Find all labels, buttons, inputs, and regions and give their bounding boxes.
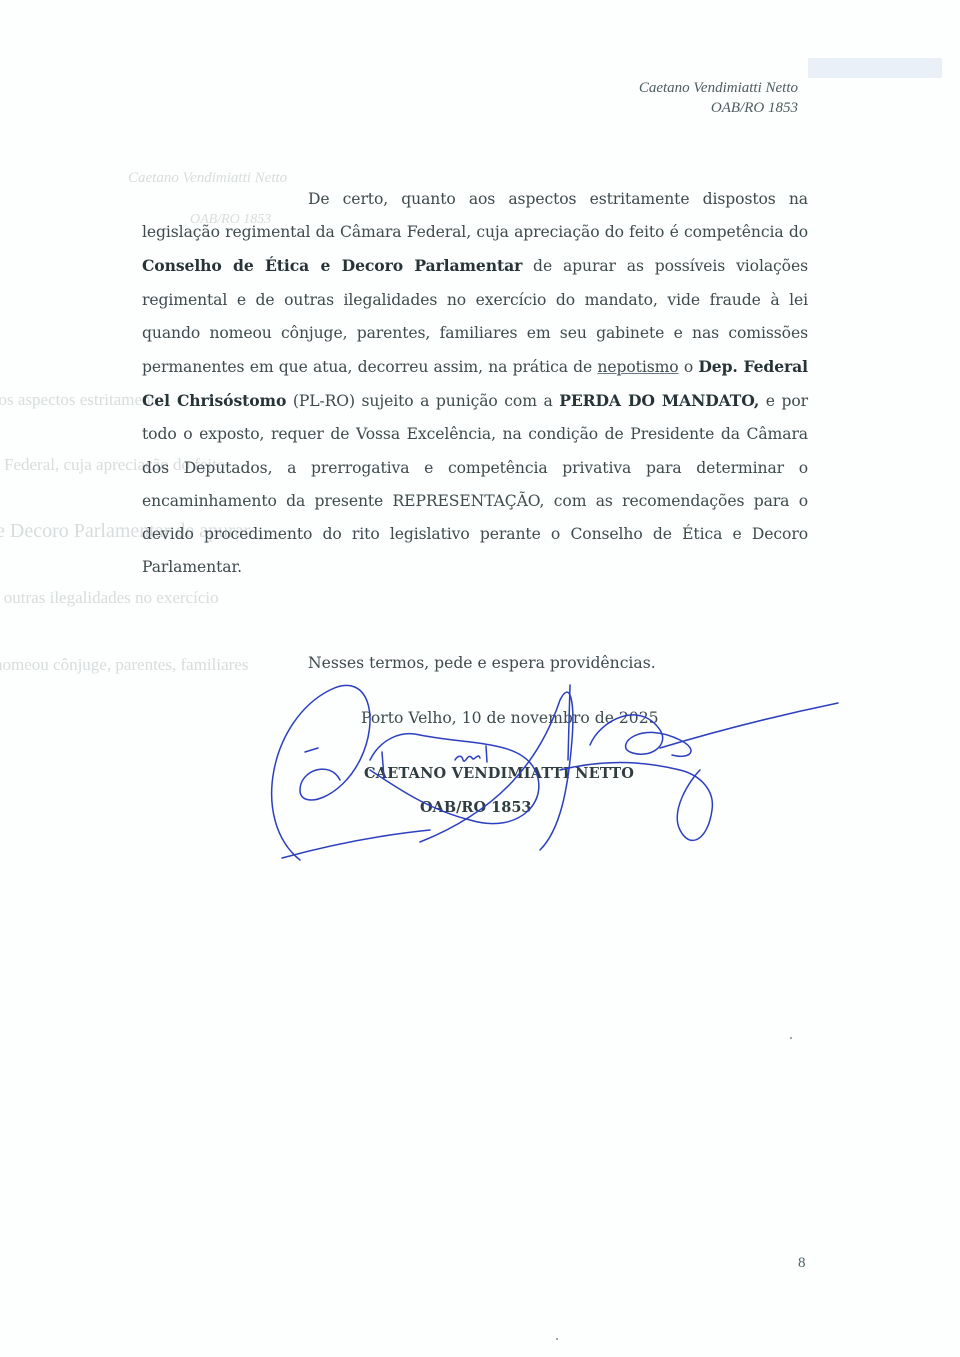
signer-name: CAETANO VENDIMIATTI NETTO [364, 765, 634, 782]
emphasized-text: PERDA DO MANDATO, [559, 391, 759, 410]
bleed-through-text: e outras ilegalidades no exercício [0, 588, 219, 608]
paragraph-text: (PL-RO) [286, 392, 355, 410]
paragraph-text: De certo, quanto aos aspectos estritamen… [142, 190, 808, 241]
paragraph-text: sujeito a punição com a [355, 392, 559, 410]
paragraph-text: o [679, 358, 699, 376]
body-paragraph: De certo, quanto aos aspectos estritamen… [142, 183, 808, 584]
letterhead-author-name: Caetano Vendimiatti Netto [639, 78, 798, 98]
page-number: 8 [798, 1255, 806, 1272]
letterhead: Caetano Vendimiatti Netto OAB/RO 1853 [639, 78, 798, 118]
bleed-through-text: nomeou cônjuge, parentes, familiares [0, 655, 248, 675]
underlined-text: nepotismo [597, 358, 678, 376]
paragraph-text: e por todo o exposto, requer de Vossa Ex… [142, 392, 808, 576]
document-page: Caetano Vendimiatti Netto OAB/RO 1853 Ca… [0, 0, 960, 1357]
bleed-through-text: dos aspectos estritamente [0, 390, 163, 410]
letterhead-registration: OAB/RO 1853 [639, 98, 798, 118]
scan-artifact-patch [808, 58, 942, 78]
signer-registration: OAB/RO 1853 [420, 799, 532, 816]
place-and-date: Porto Velho, 10 de novembro de 2025 [361, 709, 659, 727]
emphasized-text: Conselho de Ética e Decoro Parlamentar [142, 256, 522, 275]
scan-speck [556, 1338, 558, 1340]
scan-speck [790, 1037, 792, 1039]
closing-request: Nesses termos, pede e espera providência… [308, 654, 656, 672]
